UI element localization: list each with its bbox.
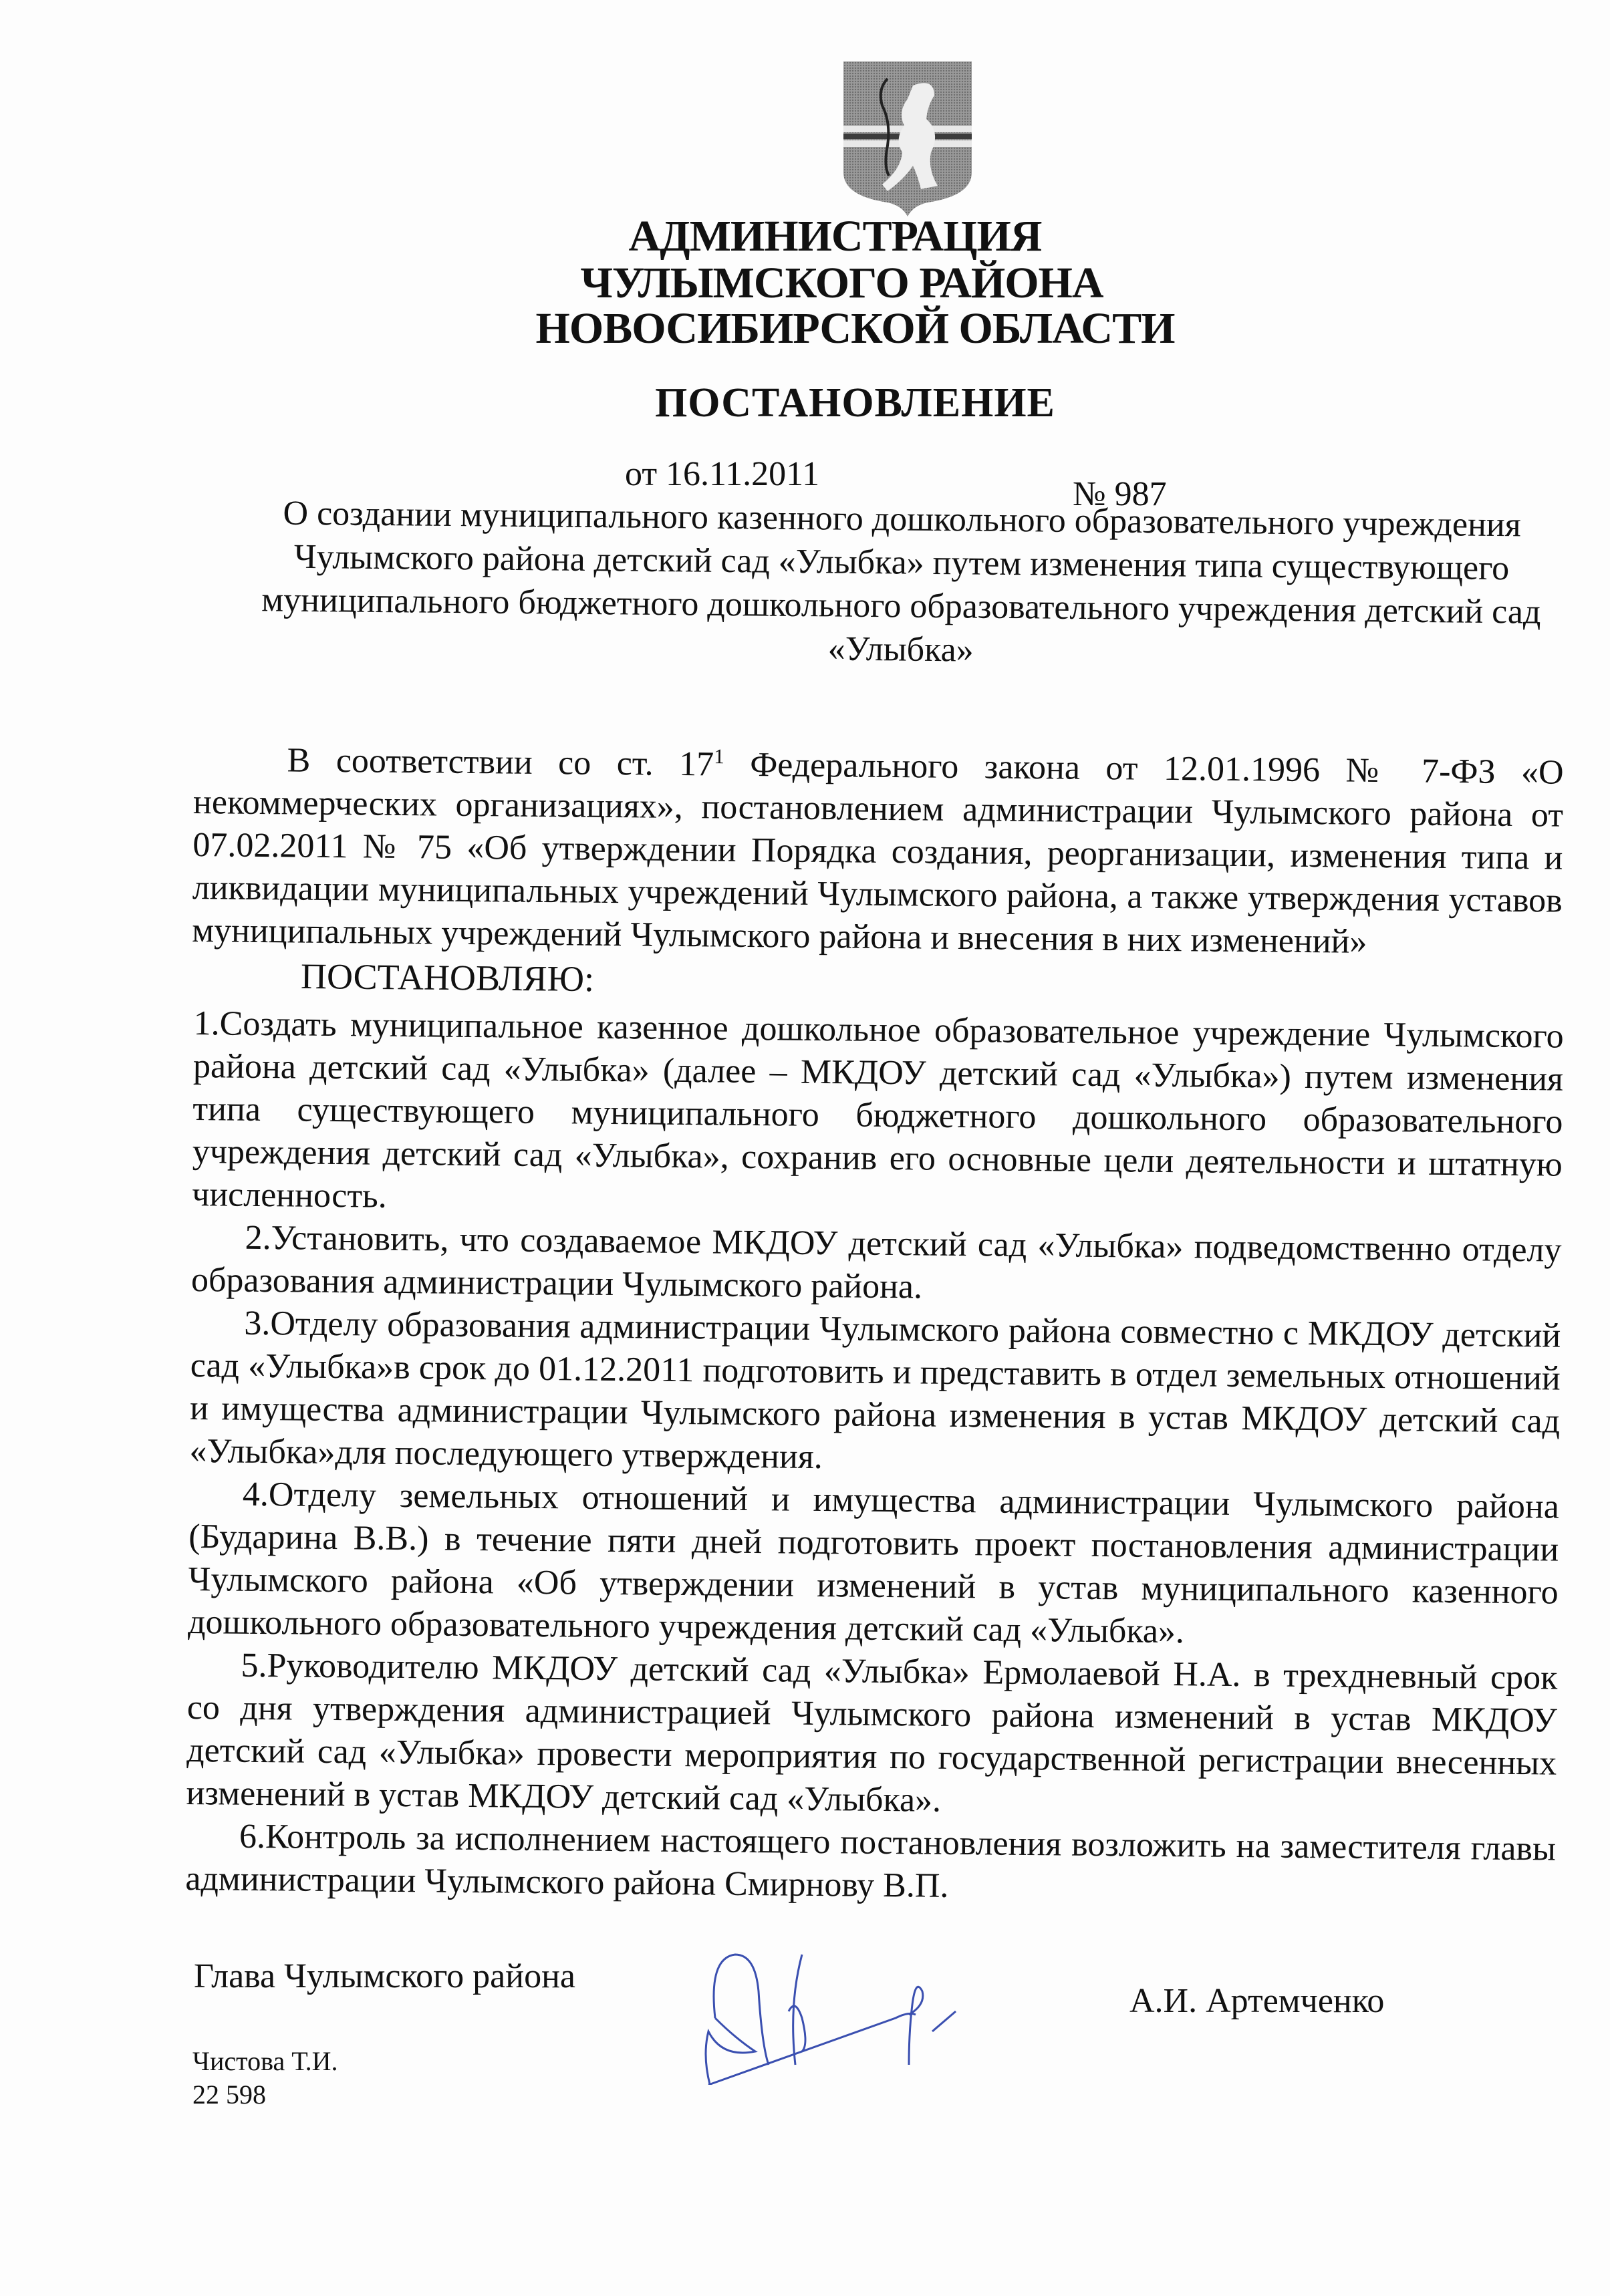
- executor-name: Чистова Т.И.: [192, 2045, 338, 2078]
- handwritten-signature-icon: [695, 1951, 1109, 2085]
- resolve-label: ПОСТАНОВЛЯЮ:: [301, 956, 595, 1000]
- header-line-1: АДМИНИСТРАЦИЯ: [30, 212, 1610, 261]
- executor-phone: 22 598: [192, 2078, 338, 2112]
- header-line-2: ЧУЛЫМСКОГО РАЙОНА: [37, 259, 1610, 307]
- item-2: 2.Установить, что создаваемое МКДОУ детс…: [191, 1216, 1562, 1315]
- resolution-items: 1.Создать муниципальное казенное дошколь…: [185, 1002, 1564, 1914]
- item-4: 4.Отделу земельных отношений и имущества…: [188, 1473, 1559, 1657]
- document-page: АДМИНИСТРАЦИЯ ЧУЛЫМСКОГО РАЙОНА НОВОСИБИ…: [0, 0, 1610, 2296]
- intro-paragraph: В соответствии со ст. 171 Федерального з…: [192, 738, 1564, 966]
- item-5: 5.Руководителю МКДОУ детский сад «Улыбка…: [186, 1644, 1557, 1828]
- executor-block: Чистова Т.И. 22 598: [192, 2045, 338, 2112]
- signatory-title: Глава Чулымского района: [194, 1957, 575, 1996]
- coat-of-arms-icon: [841, 59, 974, 219]
- intro-text-start: В соответствии со ст. 17: [287, 741, 714, 783]
- document-date: от 16.11.2011: [625, 454, 819, 494]
- item-1: 1.Создать муниципальное казенное дошколь…: [192, 1002, 1564, 1230]
- signatory-name: А.И. Артемченко: [1129, 1981, 1384, 2021]
- superscript: 1: [714, 744, 724, 768]
- header-line-3: НОВОСИБИРСКОЙ ОБЛАСТИ: [50, 305, 1610, 353]
- document-title: О создании муниципального казенного дошк…: [239, 491, 1564, 678]
- document-type: ПОСТАНОВЛЕНИЕ: [0, 380, 1610, 427]
- item-3: 3.Отделу образования администрации Чулым…: [189, 1302, 1561, 1486]
- item-6: 6.Контроль за исполнением настоящего пос…: [185, 1815, 1556, 1914]
